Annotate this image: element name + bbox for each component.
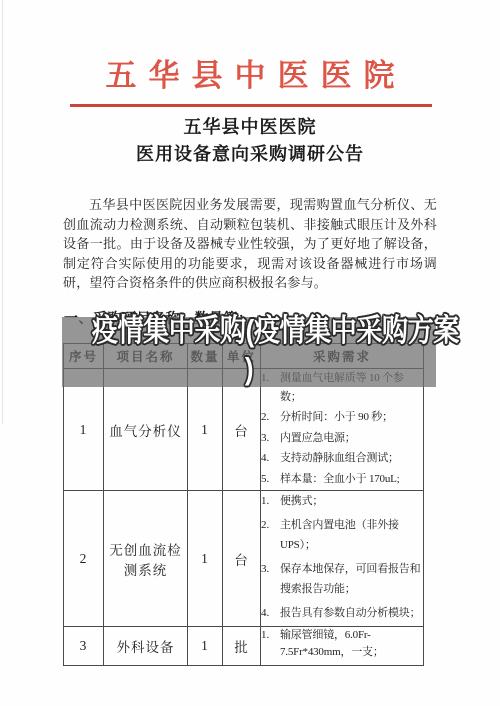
- requirement-number: 4.: [261, 603, 280, 624]
- requirement-number: 5.: [261, 470, 280, 489]
- requirement-item: 1.输尿管细镜，6.0Fr-7.5Fr*430mm，一支；: [261, 627, 423, 661]
- requirement-item: 5.样本量：全血小于 170uL;: [261, 470, 423, 489]
- row-requirements-cell: 1.便携式；2.主机含内置电池（非外接 UPS）；3.保存本地保存，可回看报告和…: [261, 491, 424, 627]
- requirement-text: 保存本地保存，可回看报告和搜索报告功能；: [280, 559, 423, 600]
- requirement-text: 分析时间：小于 90 秒；: [280, 408, 423, 427]
- requirement-number: 1.: [261, 627, 280, 644]
- row-quantity-cell: 1: [188, 627, 223, 666]
- row-requirements-cell: 1.输尿管细镜，6.0Fr-7.5Fr*430mm，一支；: [261, 627, 424, 666]
- row-unit-cell: 批: [223, 627, 261, 666]
- letterhead-divider-rule: [70, 104, 432, 107]
- hospital-letterhead: 五华县中医医院: [0, 50, 500, 95]
- row-quantity-cell: 1: [188, 491, 223, 627]
- requirement-item: 2.分析时间：小于 90 秒；: [261, 408, 423, 427]
- row-unit-cell: 台: [223, 491, 261, 627]
- requirement-item: 1.便携式；: [261, 491, 423, 512]
- requirement-number: 2.: [261, 515, 280, 536]
- row-serial-cell: 3: [64, 627, 104, 666]
- watermark-text-line2: ): [92, 350, 406, 388]
- requirement-number: 3.: [261, 559, 280, 580]
- requirement-text: 报告具有参数自动分析模块；: [280, 603, 423, 624]
- procurement-table: 序号 项目名称 数量 单位 采购需求 1血气分析仪1台1.测量血气电解质等 10…: [63, 343, 424, 666]
- requirement-item: 3.保存本地保存，可回看报告和搜索报告功能；: [261, 559, 423, 600]
- watermark-text-line1: 疫情集中采购(疫情集中采购方案: [92, 312, 406, 350]
- requirement-text: 内置应急电源；: [280, 429, 423, 448]
- requirement-number: 4.: [261, 449, 280, 468]
- requirement-item: 3.内置应急电源；: [261, 429, 423, 448]
- row-name-cell: 无创血流检测系统: [104, 491, 188, 627]
- table-row: 3外科设备1批1.输尿管细镜，6.0Fr-7.5Fr*430mm，一支；: [64, 627, 424, 666]
- announcement-title-line2: 医用设备意向采购调研公告: [0, 140, 500, 166]
- requirement-text: 主机含内置电池（非外接 UPS）；: [280, 515, 423, 556]
- requirement-item: 4.支持动静脉血组合测试；: [261, 449, 423, 468]
- requirement-number: 2.: [261, 408, 280, 427]
- row-serial-cell: 2: [64, 491, 104, 627]
- table-row: 2无创血流检测系统1台1.便携式；2.主机含内置电池（非外接 UPS）；3.保存…: [64, 491, 424, 627]
- requirement-number: 1.: [261, 491, 280, 512]
- table-body: 1血气分析仪1台1.测量血气电解质等 10 个参数；2.分析时间：小于 90 秒…: [64, 369, 424, 666]
- requirement-text: 样本量：全血小于 170uL;: [280, 470, 423, 489]
- requirement-text: 输尿管细镜，6.0Fr-7.5Fr*430mm，一支；: [280, 627, 423, 661]
- requirement-item: 4.报告具有参数自动分析模块；: [261, 603, 423, 624]
- watermark-text: 疫情集中采购(疫情集中采购方案 ): [92, 312, 406, 388]
- requirement-text: 便携式；: [280, 491, 423, 512]
- requirement-number: 3.: [261, 429, 280, 448]
- scanned-document-page: 五华县中医医院 五华县中医医院 医用设备意向采购调研公告 五华县中医医院因业务发…: [0, 0, 500, 706]
- requirement-item: 2.主机含内置电池（非外接 UPS）；: [261, 515, 423, 556]
- announcement-body-paragraph: 五华县中医医院因业务发展需要，现需购置血气分析仪、无创血流动力检测系统、自动颗粒…: [63, 195, 437, 293]
- requirement-text: 支持动静脉血组合测试；: [280, 449, 423, 468]
- row-name-cell: 外科设备: [104, 627, 188, 666]
- announcement-title-line1: 五华县中医医院: [0, 113, 500, 139]
